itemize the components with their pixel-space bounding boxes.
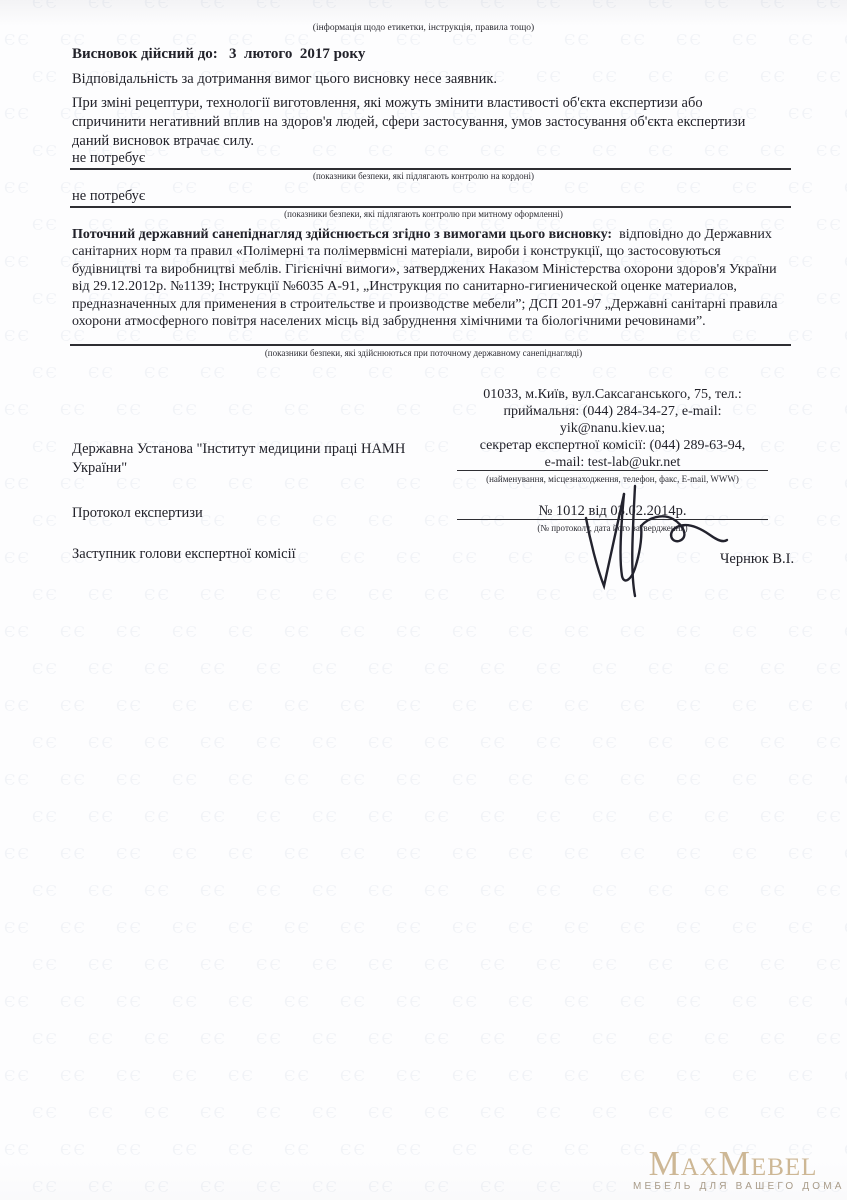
supervision-lead: Поточний державний санепіднагляд здійсню…	[72, 227, 612, 242]
customs-control-caption: (показники безпеки, які підлягають контр…	[72, 209, 775, 220]
supervision-caption: (показники безпеки, які здійснюються при…	[72, 348, 775, 359]
signatory-name: Чернюк В.І.	[720, 550, 794, 569]
supervision-paragraph: Поточний державний санепіднагляд здійсню…	[72, 226, 779, 330]
contact-line-address: 01033, м.Київ, вул.Саксаганського, 75, т…	[457, 386, 768, 403]
institution-name: Державна Установа "Інститут медицини пра…	[72, 440, 412, 478]
contact-line-email1: yik@nanu.kiev.ua;	[457, 420, 768, 437]
contact-line-secretary: секретар експертної комісії: (044) 289-6…	[457, 437, 768, 454]
customs-control-value: не потребує	[72, 187, 145, 206]
supervision-body: відповідно до Державних санітарних норм …	[72, 227, 781, 329]
change-clause-paragraph: При зміні рецептури, технології виготовл…	[72, 94, 778, 151]
contact-line-reception: приймальня: (044) 284-34-27, e-mail:	[457, 403, 768, 420]
validity-date: 3 лютого 2017 року	[229, 46, 365, 62]
scanned-document-page: ЄЄЄЄЄЄЄЄЄЄЄЄЄЄЄЄЄЄЄЄЄЄЄЄЄЄЄЄЄЄЄЄЄЄЄЄЄЄЄЄ…	[0, 0, 847, 1200]
maxmebel-logo-wordmark: MaxMebel	[633, 1146, 833, 1181]
supervision-rule	[70, 344, 791, 346]
protocol-label: Протокол експертизи	[72, 504, 203, 523]
signatory-role: Заступник голови експертної комісії	[72, 545, 296, 564]
validity-line: Висновок дійсний до: 3 лютого 2017 року	[72, 45, 365, 64]
contact-line-email2: e-mail: test-lab@ukr.net	[457, 454, 768, 471]
border-control-caption: (показники безпеки, які підлягають контр…	[72, 171, 775, 182]
border-control-rule	[70, 168, 791, 170]
expert-body-contacts: 01033, м.Київ, вул.Саксаганського, 75, т…	[457, 386, 768, 471]
handwritten-signature	[578, 482, 740, 602]
maxmebel-logo-tagline: МЕБЕЛЬ ДЛЯ ВАШЕГО ДОМА	[633, 1182, 833, 1192]
border-control-value: не потребує	[72, 149, 145, 168]
contacts-rule	[457, 470, 768, 471]
responsibility-statement: Відповідальність за дотримання вимог цьо…	[72, 70, 782, 89]
label-info-caption: (інформація щодо етикетки, інструкція, п…	[72, 23, 775, 34]
maxmebel-logo: MaxMebel МЕБЕЛЬ ДЛЯ ВАШЕГО ДОМА	[633, 1146, 833, 1192]
customs-control-rule	[70, 206, 791, 208]
validity-label: Висновок дійсний до:	[72, 46, 218, 62]
